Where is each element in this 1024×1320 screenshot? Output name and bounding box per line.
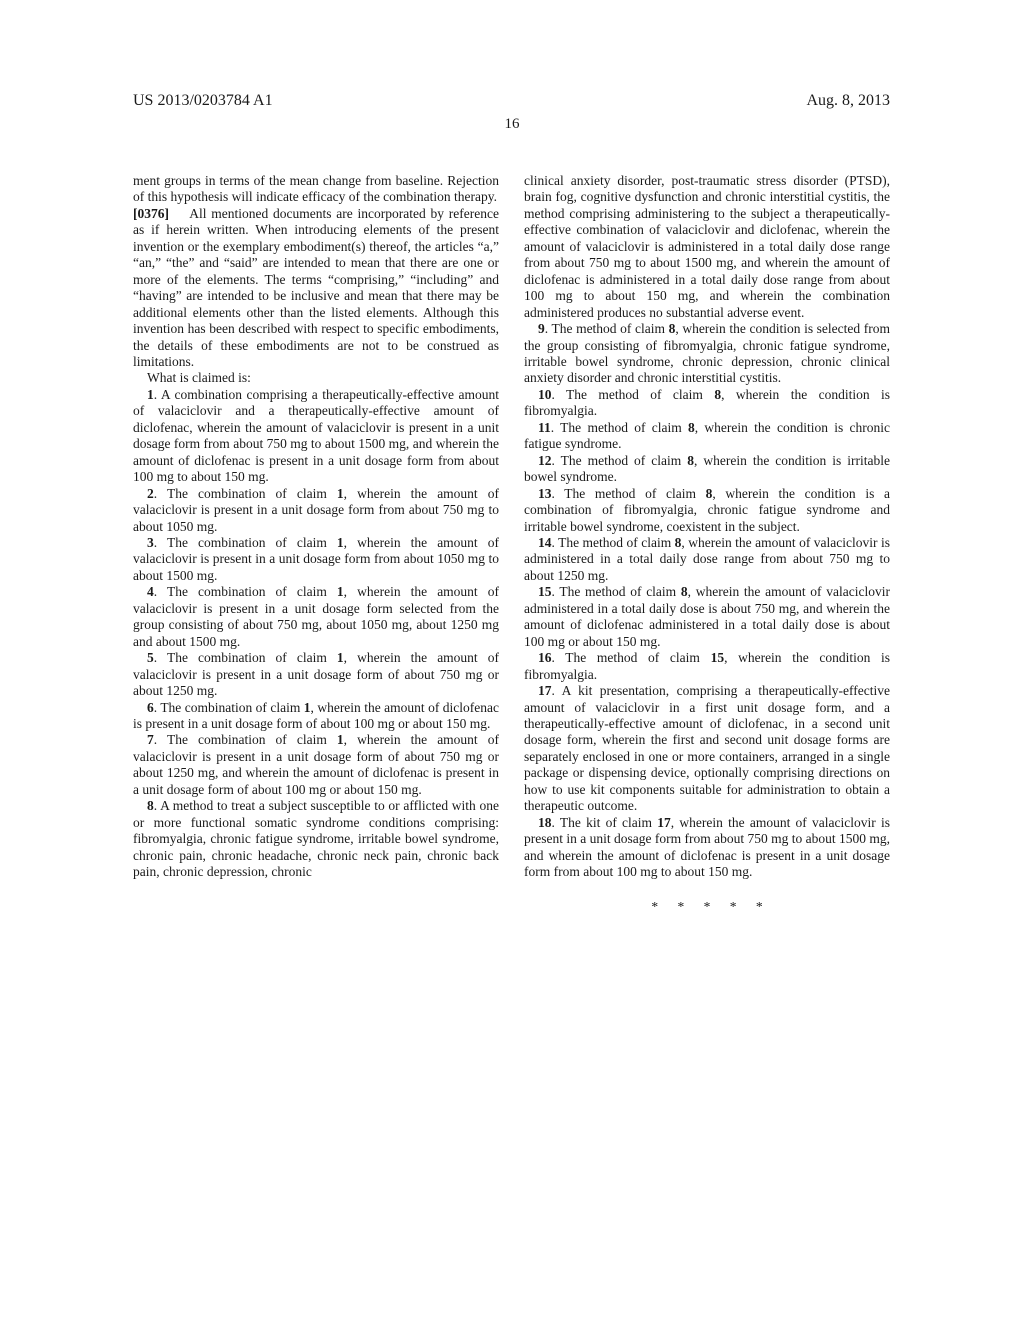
patent-document-page: US 2013/0203784 A1 Aug. 8, 2013 16 ment … <box>0 0 1024 1320</box>
claim-17: 17. A kit presentation, comprising a the… <box>524 683 890 815</box>
claim-4: 4. The combination of claim 1, wherein t… <box>133 584 499 650</box>
claim-7: 7. The combination of claim 1, wherein t… <box>133 732 499 798</box>
claim-3: 3. The combination of claim 1, wherein t… <box>133 535 499 584</box>
claim-5: 5. The combination of claim 1, wherein t… <box>133 650 499 699</box>
page-header: US 2013/0203784 A1 Aug. 8, 2013 <box>133 91 890 110</box>
claim-6: 6. The combination of claim 1, wherein t… <box>133 700 499 733</box>
claims-end-separator: * * * * * <box>524 899 890 915</box>
claims-preamble: What is claimed is: <box>133 370 499 386</box>
claim-11: 11. The method of claim 8, wherein the c… <box>524 420 890 453</box>
page-number: 16 <box>0 115 1024 133</box>
claim-9: 9. The method of claim 8, wherein the co… <box>524 321 890 387</box>
claim-8: 8. A method to treat a subject susceptib… <box>133 798 499 880</box>
claim-18: 18. The kit of claim 17, wherein the amo… <box>524 815 890 881</box>
right-column: clinical anxiety disorder, post-traumati… <box>524 173 890 916</box>
claim-15: 15. The method of claim 8, wherein the a… <box>524 584 890 650</box>
claim-14: 14. The method of claim 8, wherein the a… <box>524 535 890 584</box>
numbered-paragraph-0376: [0376] All mentioned documents are incor… <box>133 206 499 371</box>
left-column: ment groups in terms of the mean change … <box>133 173 499 916</box>
claim-2: 2. The combination of claim 1, wherein t… <box>133 486 499 535</box>
two-column-text-body: ment groups in terms of the mean change … <box>133 173 890 916</box>
claim-12: 12. The method of claim 8, wherein the c… <box>524 453 890 486</box>
continuation-paragraph: ment groups in terms of the mean change … <box>133 173 499 206</box>
claim-16: 16. The method of claim 15, wherein the … <box>524 650 890 683</box>
claim-8-continuation: clinical anxiety disorder, post-traumati… <box>524 173 890 321</box>
publication-date: Aug. 8, 2013 <box>806 91 890 110</box>
claim-1: 1. A combination comprising a therapeuti… <box>133 387 499 486</box>
patent-publication-number: US 2013/0203784 A1 <box>133 91 273 110</box>
claim-13: 13. The method of claim 8, wherein the c… <box>524 486 890 535</box>
claim-10: 10. The method of claim 8, wherein the c… <box>524 387 890 420</box>
